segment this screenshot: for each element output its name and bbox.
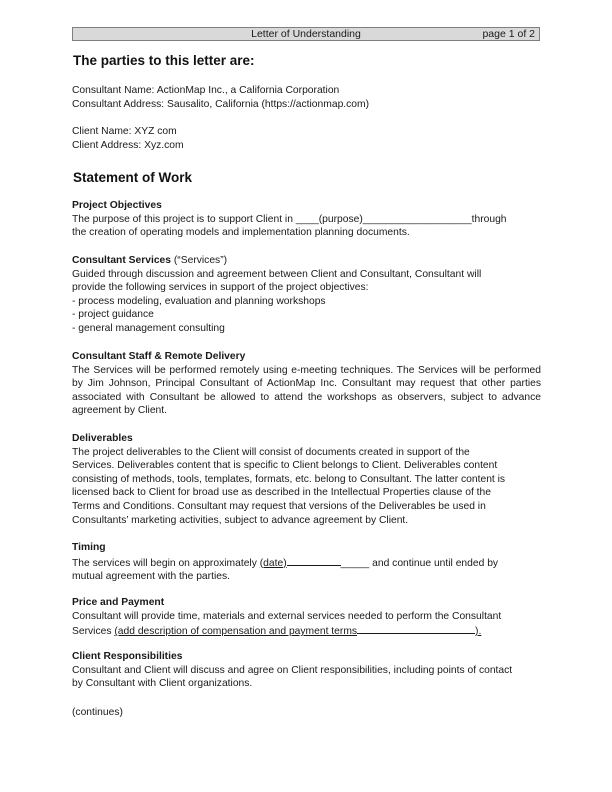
section-consultant-services: Consultant Services (“Services”) Guided … bbox=[72, 254, 541, 336]
consultant-name: Consultant Name: ActionMap Inc., a Calif… bbox=[72, 84, 541, 98]
client-name: Client Name: XYZ com bbox=[72, 125, 541, 139]
blank-line: ____ bbox=[296, 214, 319, 225]
statement-of-work-heading: Statement of Work bbox=[73, 170, 192, 186]
section-title: Deliverables bbox=[72, 432, 541, 446]
purpose-placeholder: (purpose) bbox=[319, 214, 363, 225]
text: through bbox=[472, 214, 507, 225]
section-title: Client Responsibilities bbox=[72, 650, 541, 664]
text: The services will begin on approximately bbox=[72, 558, 260, 569]
text: ). bbox=[475, 626, 481, 637]
section-body-line: licensed back to Client for broad use as… bbox=[72, 486, 541, 500]
text: The purpose of this project is to suppor… bbox=[72, 214, 296, 225]
section-body-line: Consultant will provide time, materials … bbox=[72, 610, 541, 624]
section-title-suffix: (“Services”) bbox=[171, 255, 227, 266]
section-client-responsibilities: Client Responsibilities Consultant and C… bbox=[72, 650, 541, 691]
section-timing: Timing The services will begin on approx… bbox=[72, 541, 541, 584]
section-title: Project Objectives bbox=[72, 199, 541, 213]
consultant-info: Consultant Name: ActionMap Inc., a Calif… bbox=[72, 84, 541, 111]
list-item: - general management consulting bbox=[72, 322, 541, 336]
list-item: - process modeling, evaluation and plann… bbox=[72, 295, 541, 309]
client-info: Client Name: XYZ com Client Address: Xyz… bbox=[72, 125, 541, 152]
section-title: Consultant Staff & Remote Delivery bbox=[72, 350, 541, 364]
section-staff-delivery: Consultant Staff & Remote Delivery The S… bbox=[72, 350, 541, 418]
section-body-line: Consultant and Client will discuss and a… bbox=[72, 664, 541, 678]
section-title: Price and Payment bbox=[72, 596, 541, 610]
section-title-row: Consultant Services (“Services”) bbox=[72, 254, 541, 268]
text: and continue until ended by bbox=[369, 558, 498, 569]
document-title: Letter of Understanding bbox=[73, 28, 539, 40]
text: Services bbox=[72, 626, 114, 637]
section-body-line: Consultants’ marketing activities, subje… bbox=[72, 514, 541, 528]
section-project-objectives: Project Objectives The purpose of this p… bbox=[72, 199, 541, 240]
page-number: page 1 of 2 bbox=[482, 28, 535, 40]
section-body-line: the creation of operating models and imp… bbox=[72, 226, 541, 240]
parties-heading: The parties to this letter are: bbox=[73, 53, 255, 69]
section-body-line: Services. Deliverables content that is s… bbox=[72, 459, 541, 473]
client-address: Client Address: Xyz.com bbox=[72, 139, 541, 153]
section-body: The Services will be performed remotely … bbox=[72, 364, 541, 418]
section-body: The services will begin on approximately… bbox=[72, 555, 541, 571]
date-placeholder: (date) bbox=[260, 558, 287, 569]
continues-note: (continues) bbox=[72, 706, 541, 720]
blank-line: ___________________ bbox=[363, 214, 472, 225]
section-body: The purpose of this project is to suppor… bbox=[72, 213, 541, 227]
section-body-line: Guided through discussion and agreement … bbox=[72, 268, 541, 282]
underline-gap bbox=[287, 555, 341, 566]
section-title: Consultant Services bbox=[72, 255, 171, 266]
underline-gap bbox=[357, 623, 475, 634]
section-deliverables: Deliverables The project deliverables to… bbox=[72, 432, 541, 527]
section-body: Services (add description of compensatio… bbox=[72, 623, 541, 639]
blank-line: _____ bbox=[341, 558, 370, 569]
section-price-payment: Price and Payment Consultant will provid… bbox=[72, 596, 541, 639]
section-title: Timing bbox=[72, 541, 541, 555]
section-body-line: provide the following services in suppor… bbox=[72, 281, 541, 295]
list-item: - project guidance bbox=[72, 308, 541, 322]
section-body-line: Terms and Conditions. Consultant may req… bbox=[72, 500, 541, 514]
section-body-line: consisting of methods, tools, templates,… bbox=[72, 473, 541, 487]
consultant-address: Consultant Address: Sausalito, Californi… bbox=[72, 98, 541, 112]
section-body-line: The project deliverables to the Client w… bbox=[72, 446, 541, 460]
section-body-line: mutual agreement with the parties. bbox=[72, 570, 541, 584]
section-body-line: by Consultant with Client organizations. bbox=[72, 677, 541, 691]
payment-terms-placeholder: (add description of compensation and pay… bbox=[114, 626, 357, 637]
page-header-bar: Letter of Understanding page 1 of 2 bbox=[72, 27, 540, 41]
